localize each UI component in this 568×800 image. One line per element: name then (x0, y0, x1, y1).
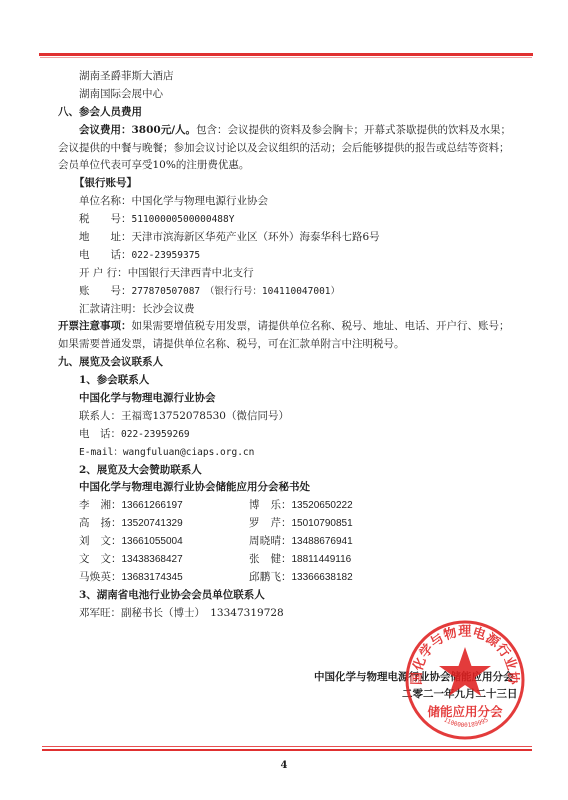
exhibition-contact-row: 李湘：13661266197博乐：13520650222 (58, 497, 520, 515)
section-heading-contacts: 九、展览及会议联系人 (58, 354, 520, 372)
contact-phone: 13520650222 (292, 500, 353, 511)
contact-phone: 13661266197 (122, 500, 183, 511)
fee-paragraph-line-3: 会员单位代表可享受10%的注册费优惠。 (58, 157, 520, 175)
bank-name-row: 单位名称：中国化学与物理电源行业协会 (58, 193, 520, 211)
contact-phone: 13488676941 (292, 536, 353, 547)
contact-phone: 13683174345 (122, 572, 183, 583)
account-row: 账 号：277870507087 （银行行号：104110047001） (58, 283, 520, 301)
venue-line: 湖南国际会展中心 (58, 86, 520, 104)
venue-line: 湖南圣爵菲斯大酒店 (58, 68, 520, 86)
subsection-heading-exhibition-contact: 2、展览及大会赞助联系人 (58, 462, 520, 480)
attendee-contact-person-row: 联系人：王福鸾13752078530（微信同号） (58, 408, 520, 426)
contact-phone: 13520741329 (122, 518, 183, 529)
subsection-heading-attendee-contact: 1、参会联系人 (58, 372, 520, 390)
exhibition-contact-row: 文文：13438368427张健：18811449116 (58, 551, 520, 569)
exhibition-contact-row: 马焕英：13683174345邱鹏飞：13366638182 (58, 569, 520, 587)
bank-name-value: 中国化学与物理电源行业协会 (132, 195, 269, 207)
exhibition-contact-row: 高扬：13520741329罗芹：15010790851 (58, 515, 520, 533)
bank-branch-label: 开 户 行： (79, 265, 128, 283)
contact-name: 罗芹 (249, 515, 281, 533)
seal-serial: 1100000189995 (443, 716, 490, 729)
account-value: 277870507087 （银行行号：104110047001） (132, 286, 341, 297)
bank-phone-label: 电 话： (79, 247, 132, 265)
attendee-contact-phone-row: 电 话：022-23959269 (58, 426, 520, 444)
contact-phone: 18811449116 (292, 554, 352, 565)
signature-date: 二零二一年九月二十三日 (402, 686, 518, 701)
seal-bottom-text: 储能应用分会 (427, 704, 503, 719)
bank-phone-value: 022-23959375 (132, 250, 201, 261)
address-value: 天津市滨海新区华苑产业区（环外）海泰华科七路6号 (132, 231, 380, 243)
page-number: 4 (0, 760, 568, 771)
remittance-note-value: 长沙会议费 (142, 303, 195, 315)
exhibition-contact-org: 中国化学与物理电源行业协会储能应用分会秘书处 (58, 479, 520, 497)
tax-id-row: 税 号：51100000500000488Y (58, 211, 520, 229)
contact-phone: 13366638182 (292, 572, 353, 583)
contact-entry: 张健：18811449116 (249, 551, 419, 569)
contact-entry: 李湘：13661266197 (79, 497, 249, 515)
svg-text:1100000189995: 1100000189995 (443, 716, 490, 729)
fee-label: 会议费用：3800元/人。 (79, 124, 196, 136)
invoice-note-line-2: 如果需要普通发票，请提供单位名称、税号，可在汇款单附言中注明税号。 (58, 336, 520, 354)
header-rule (39, 53, 533, 56)
contact-phone: 15010790851 (292, 518, 353, 529)
invoice-note-line-1: 开票注意事项：如果需要增值税专用发票，请提供单位名称、税号、地址、电话、开户行、… (58, 318, 520, 336)
contact-name: 周晓晴 (249, 533, 281, 551)
contact-name: 高扬 (79, 515, 111, 533)
contact-email-label: E-mail： (79, 447, 123, 458)
bank-heading: 【银行账号】 (58, 175, 520, 193)
contact-entry: 罗芹：15010790851 (249, 515, 419, 533)
hunan-contact-row: 邓军旺：副秘书长（博士） 13347319728 (58, 605, 520, 623)
tax-id-label: 税 号： (79, 211, 132, 229)
contact-entry: 刘文：13661055004 (79, 533, 249, 551)
contact-name: 马焕英 (79, 569, 111, 587)
contact-name: 刘文 (79, 533, 111, 551)
contact-entry: 高扬：13520741329 (79, 515, 249, 533)
invoice-note-text: 如果需要增值税专用发票，请提供单位名称、税号、地址、电话、开户行、账号； (132, 320, 510, 332)
fee-text: 包含：会议提供的资料及参会胸卡；开幕式茶歇提供的饮料及水果； (196, 124, 511, 136)
contact-entry: 马焕英：13683174345 (79, 569, 249, 587)
contact-entry: 博乐：13520650222 (249, 497, 419, 515)
contact-phone-value: 022-23959269 (121, 429, 190, 440)
bank-phone-row: 电 话：022-23959375 (58, 247, 520, 265)
remittance-note-row: 汇款请注明：长沙会议费 (58, 301, 520, 319)
attendee-contact-email-row: E-mail：wangfuluan@ciaps.org.cn (58, 444, 520, 462)
contact-phone-label: 电 话： (79, 428, 121, 440)
contact-entry: 邱鹏飞：13366638182 (249, 569, 419, 587)
contact-name: 李湘 (79, 497, 111, 515)
section-heading-fees: 八、参会人员费用 (58, 104, 520, 122)
document-body: 湖南圣爵菲斯大酒店 湖南国际会展中心 八、参会人员费用 会议费用：3800元/人… (58, 68, 520, 623)
exhibition-contact-row: 刘文：13661055004周晓晴：13488676941 (58, 533, 520, 551)
contact-name: 文文 (79, 551, 111, 569)
invoice-note-label: 开票注意事项： (58, 320, 132, 332)
contact-phone: 13661055004 (122, 536, 183, 547)
footer-rule (42, 746, 532, 747)
attendee-contact-org: 中国化学与物理电源行业协会 (58, 390, 520, 408)
fee-paragraph-line-2: 会议提供的中餐与晚餐；参加会议讨论以及会议组织的活动；会后能够提供的报告或总结等… (58, 140, 520, 158)
contact-person-value: 王福鸾13752078530（微信同号） (121, 410, 289, 422)
fee-paragraph-line-1: 会议费用：3800元/人。包含：会议提供的资料及参会胸卡；开幕式茶歇提供的饮料及… (58, 122, 520, 140)
tax-id-value: 51100000500000488Y (132, 214, 235, 225)
contact-name: 张健 (249, 551, 281, 569)
signature-organization: 中国化学与物理电源行业协会储能应用分会 (314, 669, 514, 684)
contact-email-link[interactable]: wangfuluan@ciaps.org.cn (123, 447, 255, 458)
remittance-note-label: 汇款请注明： (79, 303, 142, 315)
contact-person-label: 联系人： (79, 410, 121, 422)
address-label: 地 址： (79, 229, 132, 247)
contact-name: 邱鹏飞 (249, 569, 281, 587)
contact-name: 博乐 (249, 497, 281, 515)
bank-branch-row: 开 户 行：中国银行天津西青中北支行 (58, 265, 520, 283)
contact-phone: 13438368427 (122, 554, 183, 565)
subsection-heading-hunan-contact: 3、湖南省电池行业协会会员单位联系人 (58, 587, 520, 605)
contact-entry: 周晓晴：13488676941 (249, 533, 419, 551)
address-row: 地 址：天津市滨海新区华苑产业区（环外）海泰华科七路6号 (58, 229, 520, 247)
account-label: 账 号： (79, 283, 132, 301)
bank-branch-value: 中国银行天津西青中北支行 (128, 267, 254, 279)
contact-entry: 文文：13438368427 (79, 551, 249, 569)
bank-name-label: 单位名称： (79, 193, 132, 211)
